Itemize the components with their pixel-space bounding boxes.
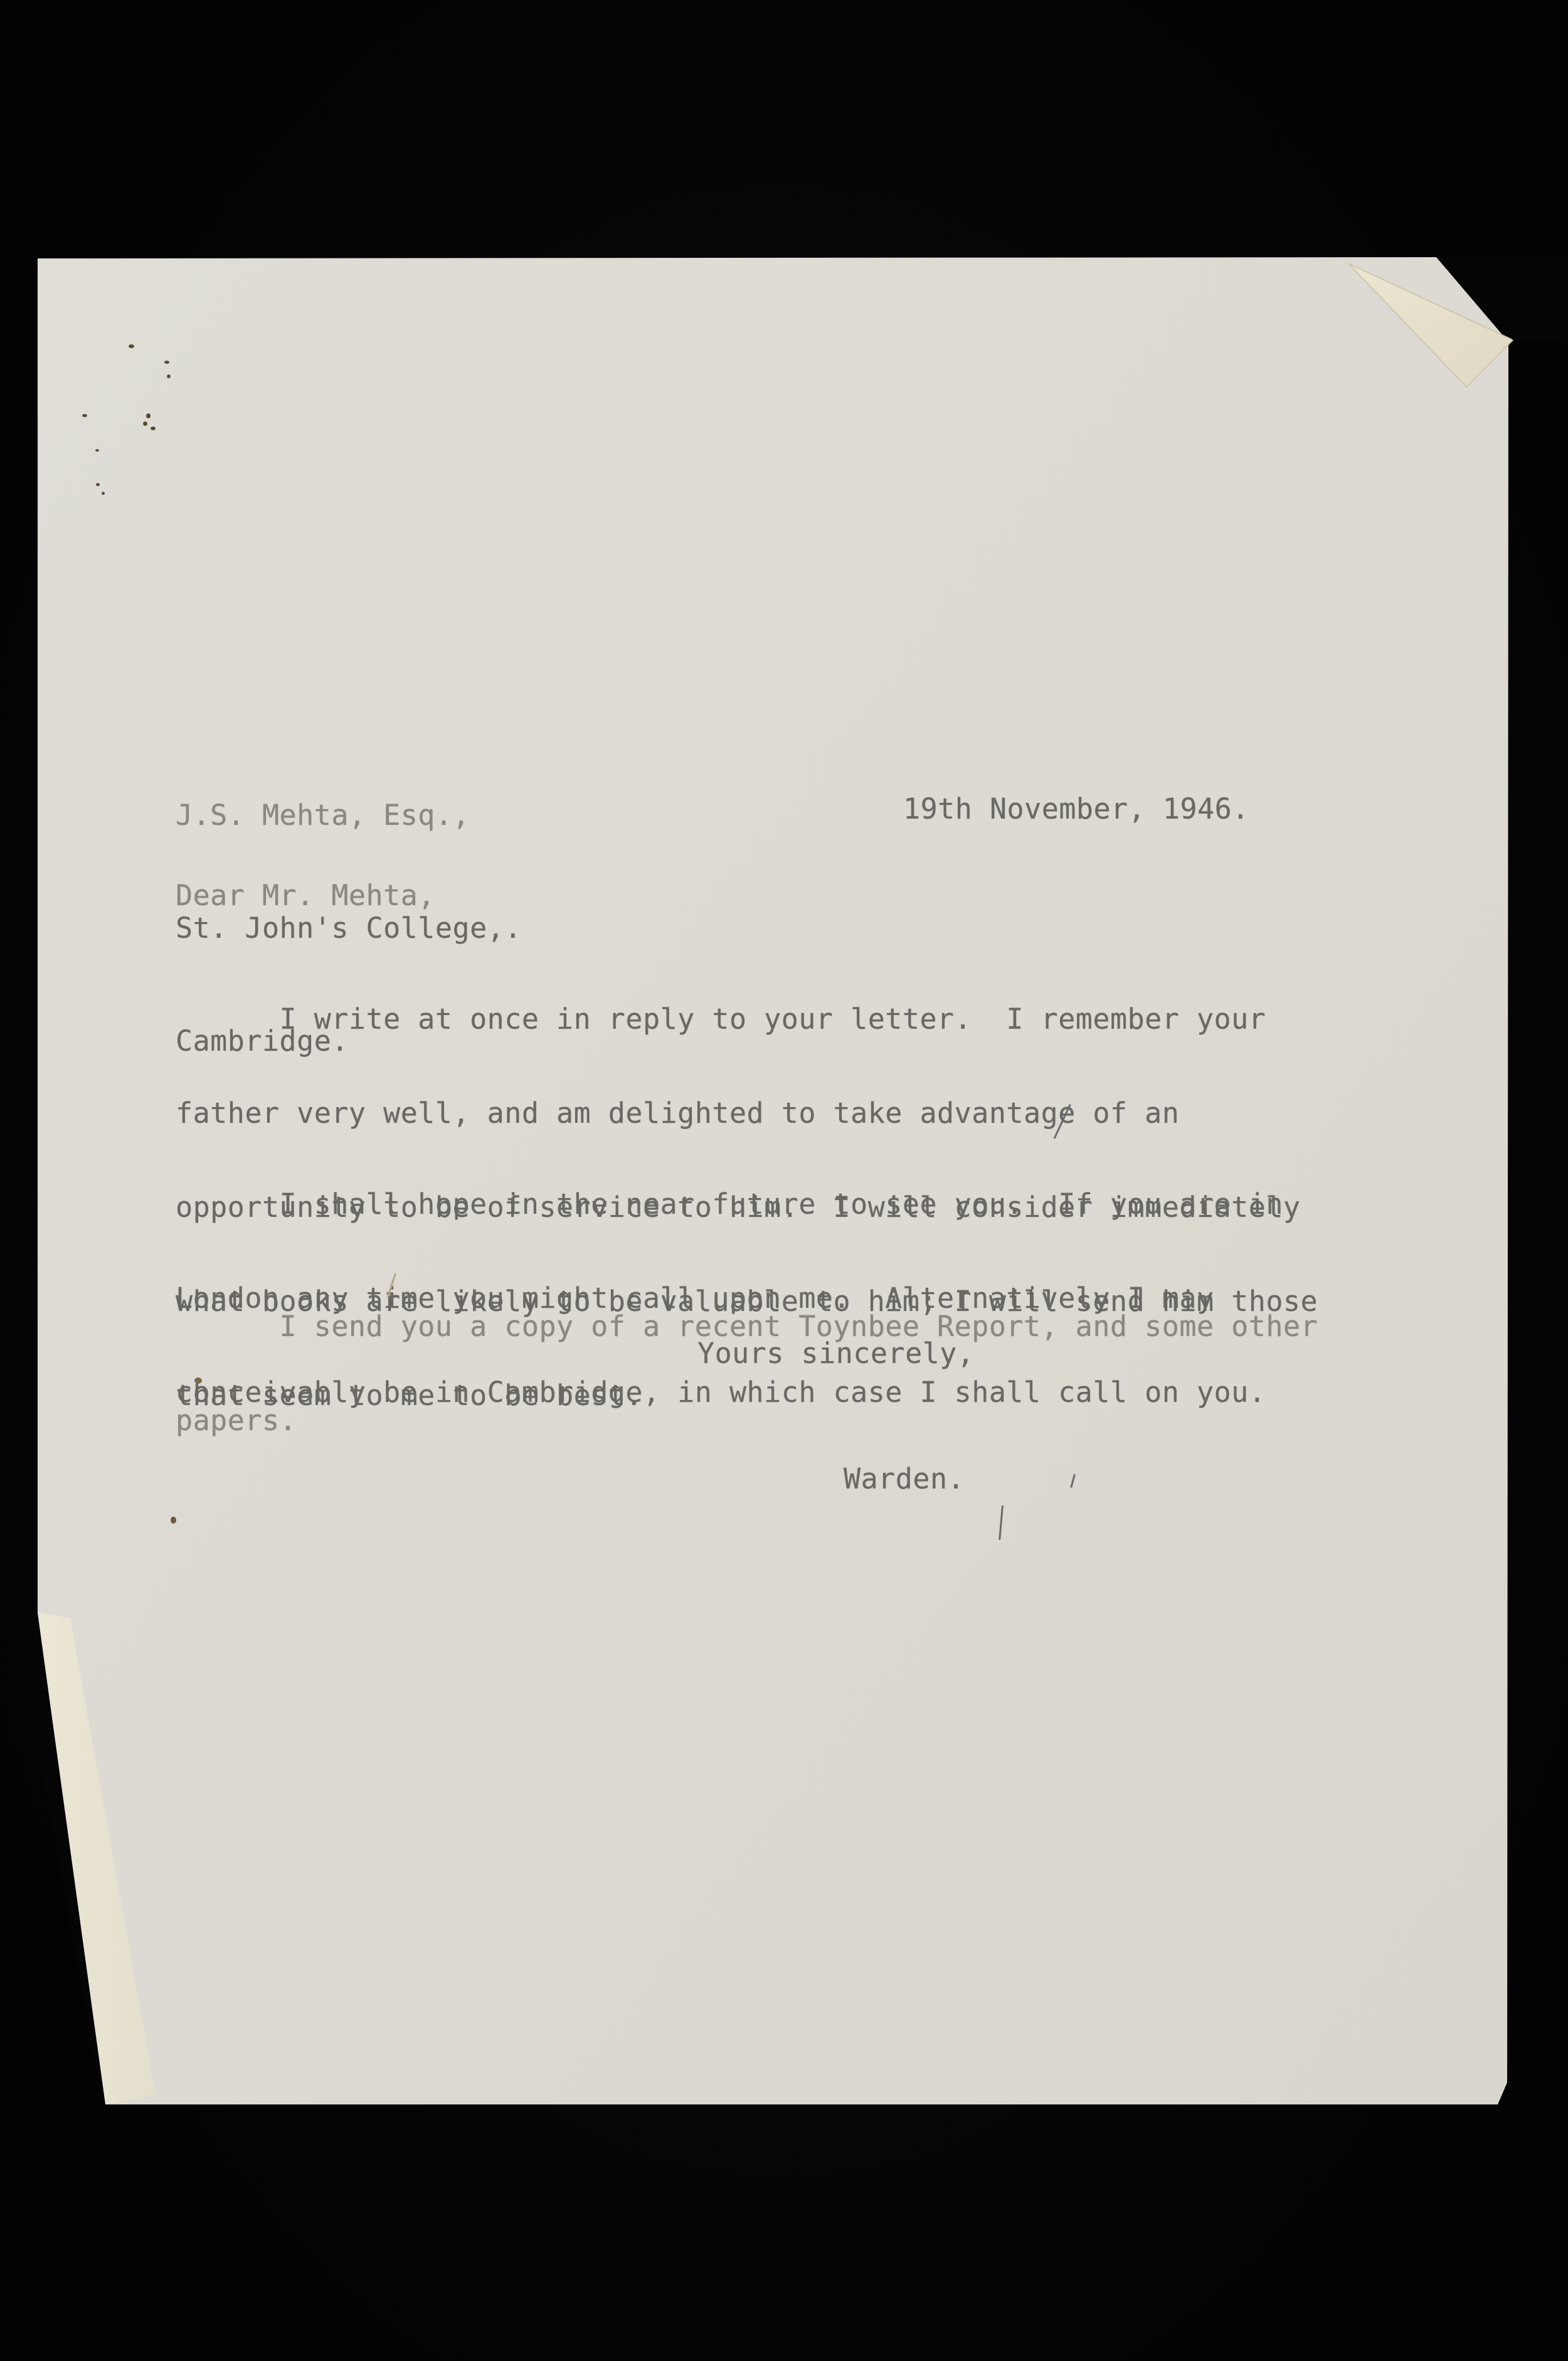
paper-speck — [171, 1517, 176, 1524]
paragraph-line: papers. — [176, 1405, 1318, 1436]
letter-date: 19th November, 1946. — [903, 790, 1249, 828]
punch-hole-mark — [129, 344, 134, 348]
paragraph-line: I write at once in reply to your letter.… — [176, 1004, 1318, 1035]
punch-hole-mark — [95, 449, 99, 452]
salutation: Dear Mr. Mehta, — [176, 877, 435, 915]
paragraph-line: I shall hope in the near future to see y… — [176, 1189, 1283, 1220]
punch-hole-mark — [96, 483, 100, 486]
punch-hole-mark — [82, 414, 87, 417]
signature-title: Warden. — [844, 1460, 965, 1498]
punch-hole-mark — [151, 427, 156, 430]
paragraph-line: father very well, and am delighted to ta… — [176, 1098, 1318, 1129]
punch-hole-mark — [102, 492, 105, 495]
punch-hole-mark — [167, 374, 171, 378]
punch-hole-mark — [143, 422, 147, 426]
closing: Yours sincerely, — [697, 1335, 974, 1372]
punch-hole-mark — [164, 361, 169, 364]
punch-hole-mark — [146, 413, 151, 418]
address-line-name: J.S. Mehta, Esq., — [176, 797, 522, 834]
